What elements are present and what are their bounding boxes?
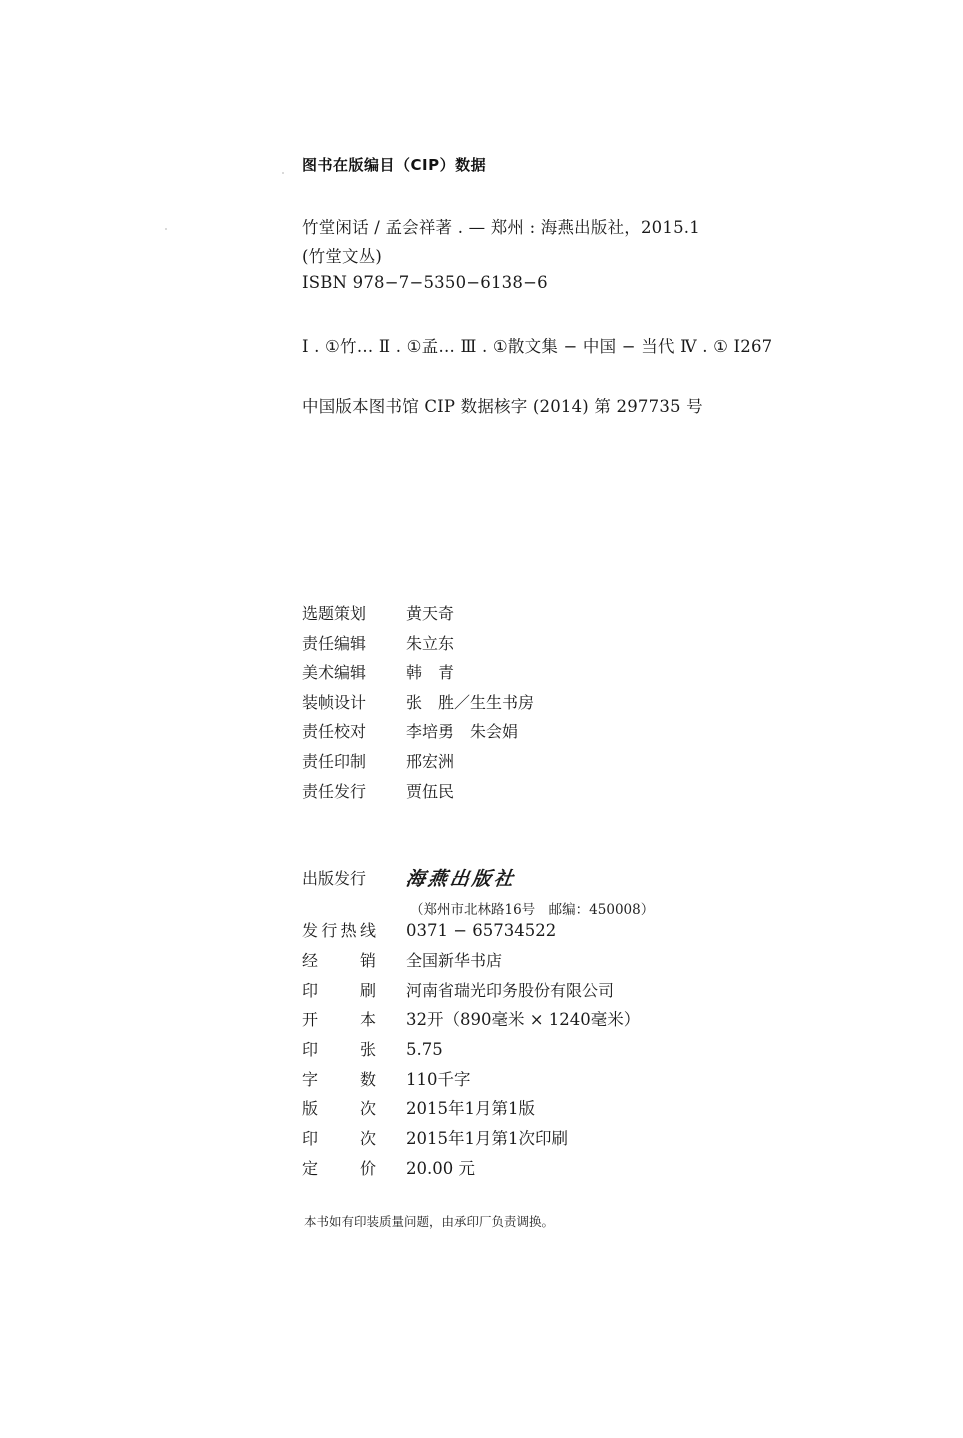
label-char: 本 — [360, 1008, 376, 1032]
publisher-label: 出版发行 — [302, 867, 382, 891]
label-char: 销 — [360, 949, 376, 973]
edition-value: 2015年1月第1版 — [406, 1097, 535, 1121]
format-value: 32开（890毫米 × 1240毫米） — [406, 1008, 640, 1032]
credit-label: 美术编辑 — [302, 661, 382, 685]
printing-value: 2015年1月第1次印刷 — [406, 1127, 568, 1151]
cip-title-line: 竹堂闲话 / 孟会祥著 . — 郑州 : 海燕出版社，2015.1 — [302, 214, 700, 238]
copyright-page: 图书在版编目（CIP）数据 竹堂闲话 / 孟会祥著 . — 郑州 : 海燕出版社… — [0, 0, 963, 1438]
hotline-label: 发 行 热 线 — [302, 919, 376, 943]
scan-speck — [282, 172, 284, 174]
publisher-value: 海燕出版社 — [406, 867, 516, 892]
label-char: 定 — [302, 1157, 318, 1181]
cip-heading: 图书在版编目（CIP）数据 — [302, 154, 486, 175]
label-char: 印 — [302, 1038, 318, 1062]
format-label: 开 本 — [302, 1008, 376, 1032]
cip-record-number-line: 中国版本图书馆 CIP 数据核字 (2014) 第 297735 号 — [302, 393, 703, 417]
printing-label: 印 次 — [302, 1127, 376, 1151]
label-char: 行 — [321, 919, 337, 943]
credit-label: 责任编辑 — [302, 632, 382, 656]
quality-notice: 本书如有印装质量问题，由承印厂负责调换。 — [304, 1212, 554, 1230]
label-char: 张 — [360, 1038, 376, 1062]
cip-isbn-line: ISBN 978−7−5350−6138−6 — [302, 273, 548, 292]
credit-value: 贾伍民 — [406, 780, 454, 804]
sheets-value: 5.75 — [406, 1038, 443, 1062]
credit-label: 责任印制 — [302, 750, 382, 774]
credit-label: 装帧设计 — [302, 691, 382, 715]
distributor-value: 全国新华书店 — [406, 949, 502, 973]
label-char: 热 — [341, 919, 357, 943]
cip-classification-line: Ⅰ . ①竹… Ⅱ . ①孟… Ⅲ . ①散文集 − 中国 − 当代 Ⅳ . ①… — [302, 333, 772, 357]
edition-label: 版 次 — [302, 1097, 376, 1121]
cip-series-line: (竹堂文丛) — [302, 243, 382, 267]
label-char: 经 — [302, 949, 318, 973]
credit-value: 黄天奇 — [406, 602, 454, 626]
label-char: 印 — [302, 979, 318, 1003]
label-char: 数 — [360, 1068, 376, 1092]
label-char: 发 — [302, 919, 318, 943]
hotline-value: 0371 − 65734522 — [406, 919, 556, 943]
printer-value: 河南省瑞光印务股份有限公司 — [406, 979, 614, 1003]
label-char: 次 — [360, 1127, 376, 1151]
label-char: 刷 — [360, 979, 376, 1003]
credit-value: 李培勇 朱会娟 — [406, 720, 518, 744]
label-char: 线 — [360, 919, 376, 943]
word-count-value: 110千字 — [406, 1068, 471, 1092]
word-count-label: 字 数 — [302, 1068, 376, 1092]
printer-label: 印 刷 — [302, 979, 376, 1003]
credit-value: 张 胜／生生书房 — [406, 691, 534, 715]
label-char: 印 — [302, 1127, 318, 1151]
price-value: 20.00 元 — [406, 1157, 475, 1181]
label-char: 价 — [360, 1157, 376, 1181]
credit-value: 韩 青 — [406, 661, 454, 685]
sheets-label: 印 张 — [302, 1038, 376, 1062]
price-label: 定 价 — [302, 1157, 376, 1181]
publisher-address: （郑州市北林路16号 邮编：450008） — [410, 898, 654, 918]
label-char: 版 — [302, 1097, 318, 1121]
credit-label: 选题策划 — [302, 602, 382, 626]
scan-speck — [165, 228, 167, 230]
credit-value: 邢宏洲 — [406, 750, 454, 774]
label-char: 次 — [360, 1097, 376, 1121]
publisher-logo: 海燕出版社 — [404, 867, 517, 891]
label-char: 开 — [302, 1008, 318, 1032]
credit-value: 朱立东 — [406, 632, 454, 656]
credit-label: 责任发行 — [302, 780, 382, 804]
distributor-label: 经 销 — [302, 949, 376, 973]
label-char: 字 — [302, 1068, 318, 1092]
credit-label: 责任校对 — [302, 720, 382, 744]
